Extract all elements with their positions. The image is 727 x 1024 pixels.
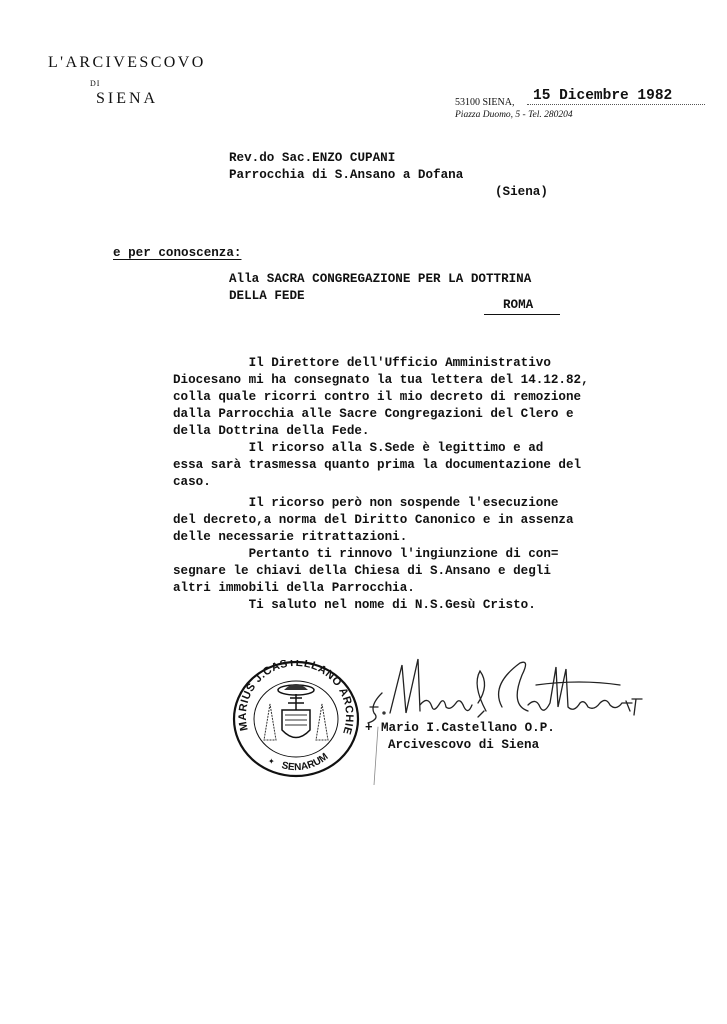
body-line: segnare le chiavi della Chiesa di S.Ansa… [173, 563, 551, 580]
svg-text:f. Mario I. Castellano O.P.: f. Mario I. Castellano O.P. [360, 645, 371, 646]
letterhead-di: DI [90, 79, 100, 88]
signatory-name: Mario I.Castellano O.P. [381, 720, 555, 737]
body-line: caso. [173, 474, 211, 491]
letterhead-title: L'ARCIVESCOVO [48, 54, 206, 72]
body-line: della Dottrina della Fede. [173, 423, 370, 440]
signatory-title: Arcivescovo di Siena [388, 737, 539, 754]
body-line: altri immobili della Parrocchia. [173, 580, 415, 597]
handwritten-signature-icon: f. Mario I. Castellano O.P. [360, 645, 660, 785]
dateline-place: 53100 SIENA, [455, 97, 514, 108]
recipient-name: Rev.do Sac.ENZO CUPANI [229, 150, 395, 167]
cc-city-underline [484, 314, 560, 315]
body-line: Diocesano mi ha consegnato la tua letter… [173, 372, 589, 389]
body-line: Ti saluto nel nome di N.S.Gesù Cristo. [173, 597, 536, 614]
body-line: dalla Parrocchia alle Sacre Congregazion… [173, 406, 574, 423]
date-dotted-line [527, 104, 705, 105]
body-line: colla quale ricorri contro il mio decret… [173, 389, 581, 406]
letterhead-city: SIENA [96, 90, 158, 108]
svg-text:✦: ✦ [268, 757, 275, 766]
recipient-city: (Siena) [495, 184, 548, 201]
cc-recipient-line2: DELLA FEDE [229, 288, 305, 305]
body-line: del decreto,a norma del Diritto Canonico… [173, 512, 574, 529]
body-line: delle necessarie ritrattazioni. [173, 529, 407, 546]
cc-recipient-line1: Alla SACRA CONGREGAZIONE PER LA DOTTRINA [229, 271, 531, 288]
cc-label: e per conoscenza: [113, 245, 241, 262]
body-line: Pertanto ti rinnovo l'ingiunzione di con… [173, 546, 558, 563]
body-line: Il ricorso alla S.Sede è legittimo e ad [173, 440, 543, 457]
letter-date: 15 Dicembre 1982 [533, 88, 672, 104]
body-line: Il Direttore dell'Ufficio Amministrativo [173, 355, 551, 372]
cc-city: ROMA [503, 297, 533, 314]
signature-cross-icon: + [365, 720, 373, 737]
recipient-parish: Parrocchia di S.Ansano a Dofana [229, 167, 463, 184]
body-line: essa sarà trasmessa quanto prima la docu… [173, 457, 581, 474]
body-line: Il ricorso però non sospende l'esecuzion… [173, 495, 558, 512]
archbishop-seal-icon: MARIUS J.CASTELLANO ARCHIEPISCOPUS SENAR… [232, 660, 360, 778]
letterhead-address: Piazza Duomo, 5 - Tel. 280204 [455, 110, 573, 120]
